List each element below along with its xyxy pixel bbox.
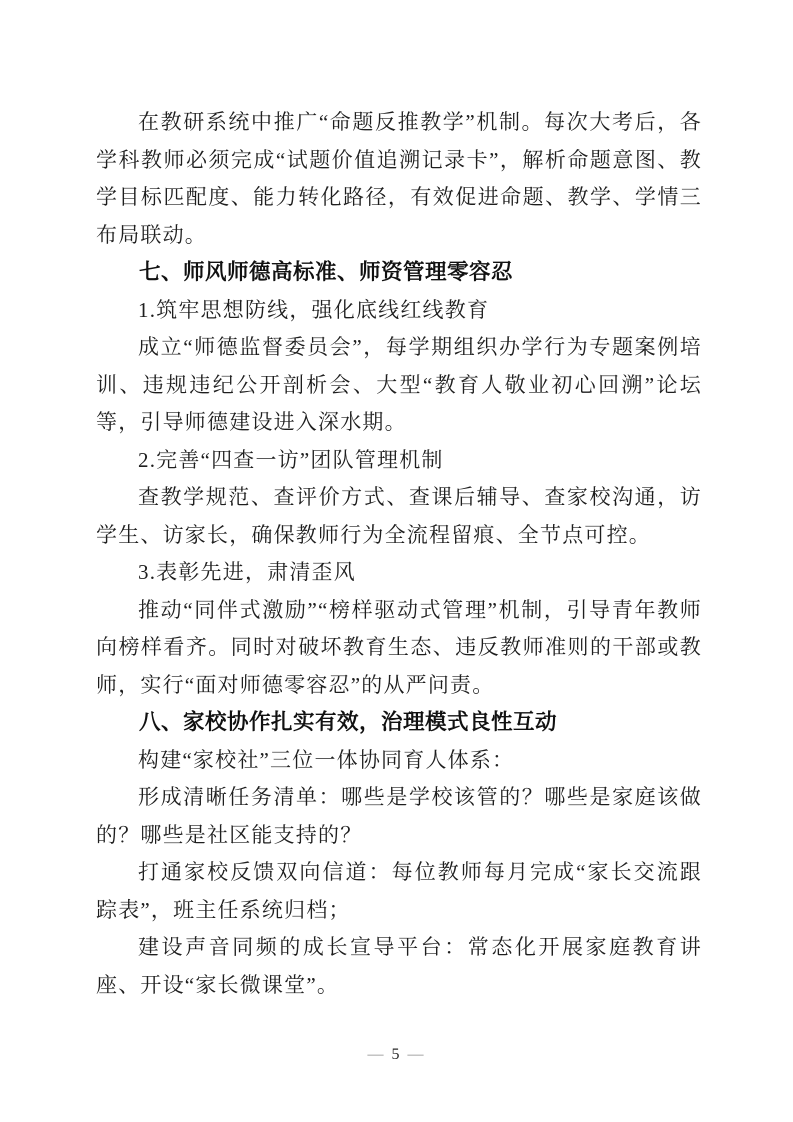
body-paragraph: 成立“师德监督委员会”，每学期组织办学行为专题案例培训、违规违纪公开剖析会、大型… — [96, 329, 702, 442]
body-paragraph: 在教研系统中推广“命题反推教学”机制。每次大考后，各学科教师必须完成“试题价值追… — [96, 104, 702, 254]
section-heading-7: 七、师风师德高标准、师资管理零容忍 — [96, 254, 702, 292]
document-body: 在教研系统中推广“命题反推教学”机制。每次大考后，各学科教师必须完成“试题价值追… — [96, 104, 702, 1004]
section-heading-8: 八、家校协作扎实有效，治理模式良性互动 — [96, 704, 702, 742]
subpoint-1-title: 1.筑牢思想防线，强化底线红线教育 — [96, 292, 702, 330]
body-paragraph: 形成清晰任务清单：哪些是学校该管的？哪些是家庭该做的？哪些是社区能支持的？ — [96, 779, 702, 854]
body-paragraph: 推动“同伴式激励”“榜样驱动式管理”机制，引导青年教师向榜样看齐。同时对破坏教育… — [96, 592, 702, 705]
page-number: 5 — [392, 1046, 402, 1063]
subpoint-3-title: 3.表彰先进，肃清歪风 — [96, 554, 702, 592]
body-paragraph: 构建“家校社”三位一体协同育人体系： — [96, 742, 702, 780]
footer-left-dash: — — [362, 1046, 392, 1063]
page-footer: —5— — [0, 1046, 793, 1064]
body-paragraph: 建设声音同频的成长宣导平台：常态化开展家庭教育讲座、开设“家长微课堂”。 — [96, 929, 702, 1004]
document-page: 在教研系统中推广“命题反推教学”机制。每次大考后，各学科教师必须完成“试题价值追… — [0, 0, 793, 1122]
subpoint-2-title: 2.完善“四查一访”团队管理机制 — [96, 442, 702, 480]
body-paragraph: 打通家校反馈双向信道：每位教师每月完成“家长交流跟踪表”，班主任系统归档； — [96, 854, 702, 929]
body-paragraph: 查教学规范、查评价方式、查课后辅导、查家校沟通，访学生、访家长，确保教师行为全流… — [96, 479, 702, 554]
footer-right-dash: — — [402, 1046, 432, 1063]
